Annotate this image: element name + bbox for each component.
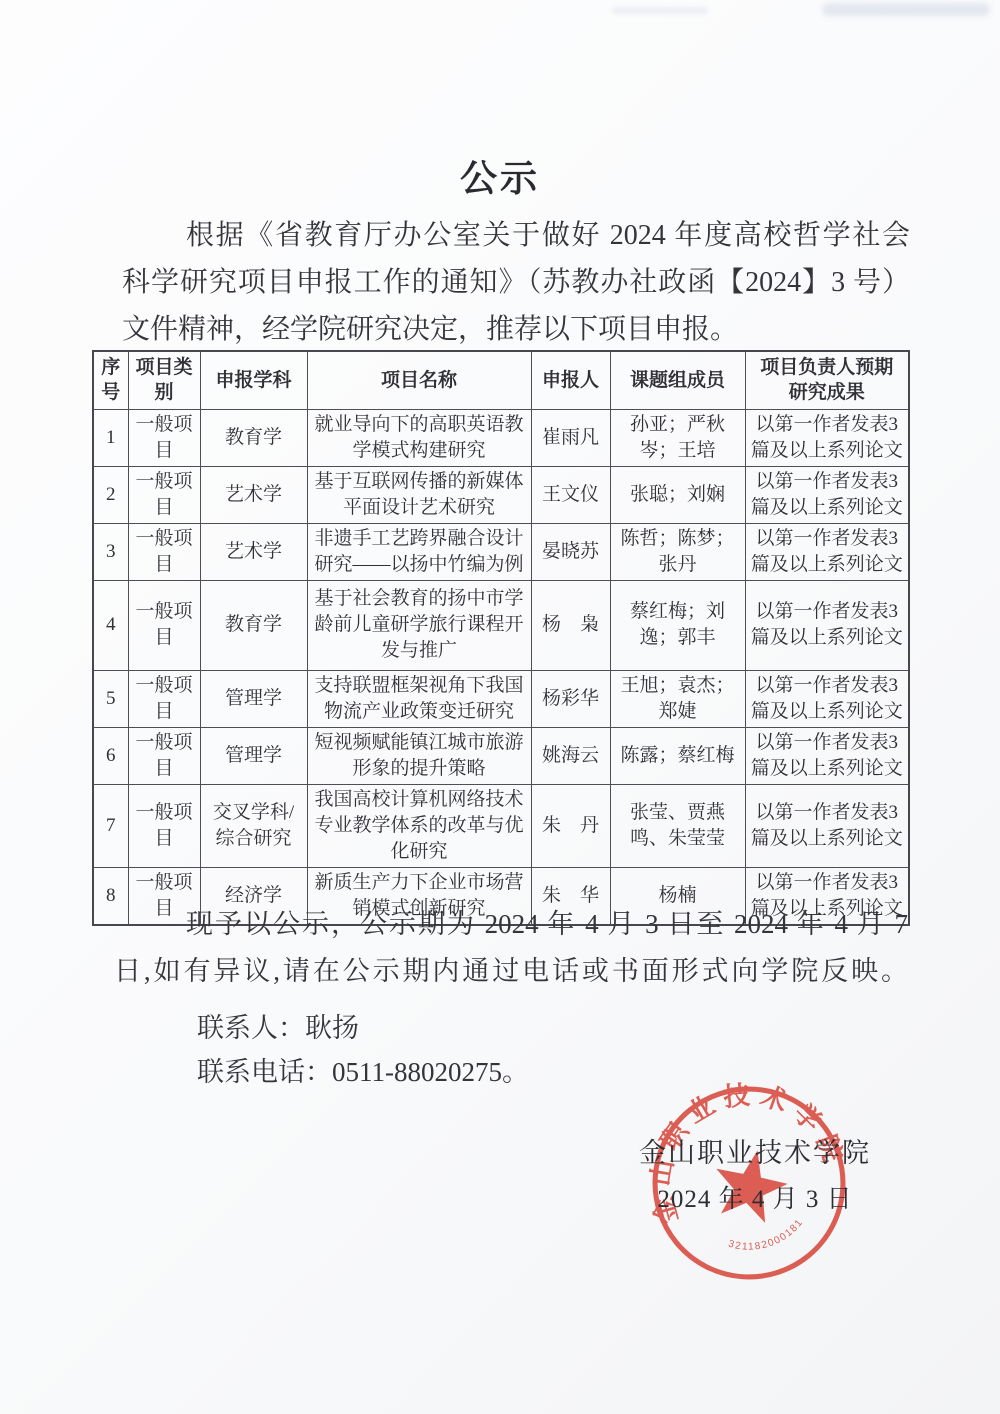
- table-cell: 杨彩华: [531, 670, 610, 727]
- table-cell: 基于互联网传播的新媒体平面设计艺术研究: [307, 466, 531, 523]
- table-cell: 教育学: [200, 409, 307, 466]
- scanned-document-page: 公示 根据《省教育厅办公室关于做好 2024 年度高校哲学社会科学研究项目申报工…: [0, 0, 1000, 1414]
- table-cell: 姚海云: [531, 727, 610, 784]
- intro-line: 文件精神，经学院研究决定，推荐以下项目申报。: [122, 306, 910, 353]
- table-cell: 以第一作者发表3篇及以上系列论文: [745, 466, 909, 523]
- table-cell: 一般项目: [128, 523, 200, 580]
- contact-phone: 联系电话：0511-88020275。: [197, 1050, 529, 1089]
- document-title: 公示: [0, 148, 1000, 202]
- contact-person: 联系人：耿扬: [197, 1006, 359, 1045]
- table-header-cell: 申报学科: [200, 351, 307, 409]
- table-cell: 一般项目: [128, 466, 200, 523]
- table-cell: 7: [93, 784, 128, 867]
- table-cell: 4: [93, 580, 128, 670]
- table-cell: 朱 丹: [531, 784, 610, 867]
- intro-paragraph: 根据《省教育厅办公室关于做好 2024 年度高校哲学社会科学研究项目申报工作的通…: [122, 212, 910, 353]
- table-header-cell: 申报人: [531, 351, 610, 409]
- table-cell: 崔雨凡: [531, 409, 610, 466]
- table-body: 1一般项目教育学就业导向下的高职英语教学模式构建研究崔雨凡孙亚；严秋岑；王培以第…: [93, 409, 909, 925]
- table-cell: 以第一作者发表3篇及以上系列论文: [745, 580, 909, 670]
- table-cell: 2: [93, 466, 128, 523]
- table-cell: 孙亚；严秋岑；王培: [610, 409, 745, 466]
- intro-line: 根据《省教育厅办公室关于做好 2024 年度高校哲学社会: [122, 212, 910, 259]
- table-cell: 晏晓苏: [531, 523, 610, 580]
- table-cell: 艺术学: [200, 523, 307, 580]
- table-cell: 支持联盟框架视角下我国物流产业政策变迁研究: [307, 670, 531, 727]
- table-cell: 基于社会教育的扬中市学龄前儿童研学旅行课程开发与推广: [307, 580, 531, 670]
- table-cell: 1: [93, 409, 128, 466]
- table-cell: 以第一作者发表3篇及以上系列论文: [745, 727, 909, 784]
- table-cell: 陈哲；陈梦；张丹: [610, 523, 745, 580]
- table-cell: 张聪；刘娴: [610, 466, 745, 523]
- table-cell: 蔡红梅；刘逸；郭丰: [610, 580, 745, 670]
- table-cell: 一般项目: [128, 670, 200, 727]
- seal-code-text: 321182000181: [724, 1215, 810, 1262]
- table-header-cell: 项目类别: [128, 351, 200, 409]
- table-cell: 6: [93, 727, 128, 784]
- table-header-cell: 课题组成员: [610, 351, 745, 409]
- table-cell: 杨 枭: [531, 580, 610, 670]
- table-cell: 王旭；袁杰；郑婕: [610, 670, 745, 727]
- table-cell: 一般项目: [128, 580, 200, 670]
- table-row: 4一般项目教育学基于社会教育的扬中市学龄前儿童研学旅行课程开发与推广杨 枭蔡红梅…: [93, 580, 909, 670]
- projects-table: 序号项目类别申报学科项目名称申报人课题组成员项目负责人预期研究成果 1一般项目教…: [92, 350, 910, 926]
- scan-artifact: [822, 3, 990, 16]
- table-header-cell: 序号: [93, 351, 128, 409]
- closing-line: 现予以公示，公示期为 2024 年 4 月 3 日至 2024 年 4 月 7: [114, 901, 908, 948]
- table-cell: 以第一作者发表3篇及以上系列论文: [745, 670, 909, 727]
- signature-date: 2024 年 4 月 3 日: [620, 1179, 890, 1215]
- table-cell: 管理学: [200, 727, 307, 784]
- table-cell: 一般项目: [128, 409, 200, 466]
- table-cell: 交叉学科/综合研究: [200, 784, 307, 867]
- table-header-row: 序号项目类别申报学科项目名称申报人课题组成员项目负责人预期研究成果: [93, 351, 909, 409]
- table-cell: 以第一作者发表3篇及以上系列论文: [745, 784, 909, 867]
- table-row: 1一般项目教育学就业导向下的高职英语教学模式构建研究崔雨凡孙亚；严秋岑；王培以第…: [93, 409, 909, 466]
- table-cell: 以第一作者发表3篇及以上系列论文: [745, 523, 909, 580]
- table-cell: 就业导向下的高职英语教学模式构建研究: [307, 409, 531, 466]
- table-cell: 以第一作者发表3篇及以上系列论文: [745, 409, 909, 466]
- table-cell: 短视频赋能镇江城市旅游形象的提升策略: [307, 727, 531, 784]
- table-cell: 5: [93, 670, 128, 727]
- table-cell: 我国高校计算机网络技术专业教学体系的改革与优化研究: [307, 784, 531, 867]
- table-cell: 非遗手工艺跨界融合设计研究——以扬中竹编为例: [307, 523, 531, 580]
- scan-artifact: [612, 7, 708, 14]
- table-cell: 艺术学: [200, 466, 307, 523]
- table-cell: 张莹、贾燕鸣、朱莹莹: [610, 784, 745, 867]
- table-header-cell: 项目负责人预期研究成果: [745, 351, 909, 409]
- table-row: 6一般项目管理学短视频赋能镇江城市旅游形象的提升策略姚海云陈露；蔡红梅以第一作者…: [93, 727, 909, 784]
- table-header-cell: 项目名称: [307, 351, 531, 409]
- table-row: 2一般项目艺术学基于互联网传播的新媒体平面设计艺术研究王文仪张聪；刘娴以第一作者…: [93, 466, 909, 523]
- signature-org: 金山职业技术学院: [620, 1131, 890, 1170]
- closing-line: 日,如有异议,请在公示期内通过电话或书面形式向学院反映。: [114, 948, 908, 995]
- table-cell: 王文仪: [531, 466, 610, 523]
- table-row: 3一般项目艺术学非遗手工艺跨界融合设计研究——以扬中竹编为例晏晓苏陈哲；陈梦；张…: [93, 523, 909, 580]
- table-row: 5一般项目管理学支持联盟框架视角下我国物流产业政策变迁研究杨彩华王旭；袁杰；郑婕…: [93, 670, 909, 727]
- table-cell: 3: [93, 523, 128, 580]
- table-cell: 陈露；蔡红梅: [610, 727, 745, 784]
- table-cell: 一般项目: [128, 784, 200, 867]
- table-row: 7一般项目交叉学科/综合研究我国高校计算机网络技术专业教学体系的改革与优化研究朱…: [93, 784, 909, 867]
- table-cell: 一般项目: [128, 727, 200, 784]
- table-cell: 管理学: [200, 670, 307, 727]
- closing-paragraph: 现予以公示，公示期为 2024 年 4 月 3 日至 2024 年 4 月 7日…: [114, 901, 908, 995]
- intro-line: 科学研究项目申报工作的通知》（苏教办社政函【2024】3 号）: [122, 259, 910, 306]
- table-cell: 教育学: [200, 580, 307, 670]
